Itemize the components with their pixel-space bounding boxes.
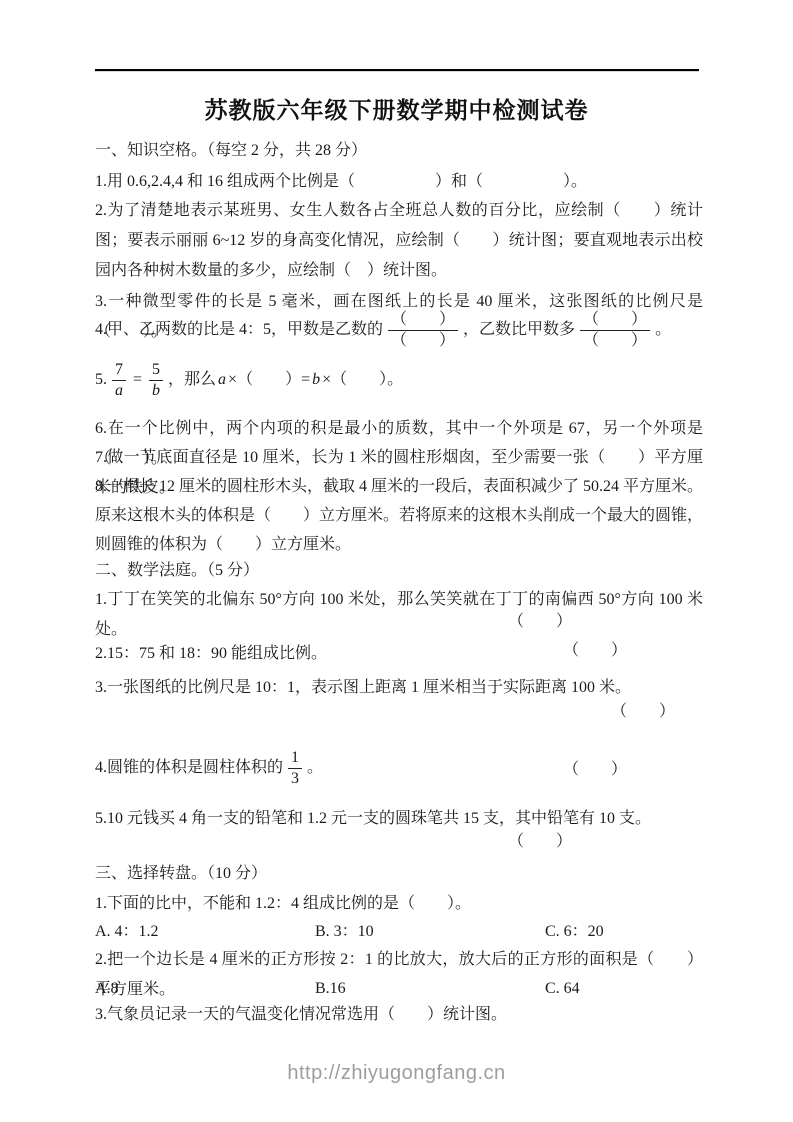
s3-question-3: 3.气象员记录一天的气温变化情况常选用（ ）统计图。 xyxy=(95,1000,703,1030)
s3-q1-option-a: A. 4：1.2 xyxy=(95,917,159,947)
test-paper-page: 苏教版六年级下册数学期中检测试卷 一、知识空格。（每空 2 分，共 28 分） … xyxy=(0,0,793,1122)
s1-q5-frac1-denominator: a xyxy=(112,381,126,401)
s2-q4-fraction: 1 3 xyxy=(288,748,302,789)
s2-q2-answer-blank: （ ） xyxy=(563,639,627,663)
s1-question-8: 8.一根长 12 厘米的圆柱形木头，截取 4 厘米的一段后，表面积减少了 50.… xyxy=(95,472,703,559)
header-rule xyxy=(95,69,699,72)
s3-q1-option-b: B. 3：10 xyxy=(315,917,374,947)
s1-q4-frac2-denominator: （ ） xyxy=(580,331,650,351)
s1-q5-times-blank-1: ×（ ）= xyxy=(228,365,310,395)
s1-q5-frac2-numerator: 5 xyxy=(149,360,163,381)
s1-q5-number: 5. xyxy=(95,365,107,395)
s1-question-1: 1.用 0.6,2.4,4 和 16 组成两个比例是（ ）和（ ）。 xyxy=(95,167,703,197)
s1-q4-frac1-denominator: （ ） xyxy=(388,331,458,351)
s1-question-2: 2.为了清楚地表示某班男、女生人数各占全班总人数的百分比，应绘制（ ）统计图；要… xyxy=(95,196,703,286)
s1-question-4: 4.甲、乙两数的比是 4：5，甲数是乙数的 （ ） （ ） ，乙数比甲数多 （ … xyxy=(95,307,703,353)
s2-q4-frac-denominator: 3 xyxy=(288,769,302,789)
s1-q5-fraction-2: 5 b xyxy=(149,360,163,401)
s2-q4-text-post: 。 xyxy=(307,753,323,783)
s2-q4-answer-blank: （ ） xyxy=(563,758,627,782)
s1-q5-times-blank-2: ×（ ）。 xyxy=(322,365,403,395)
s3-question-1: 1.下面的比中，不能和 1.2：4 组成比例的是（ ）。 xyxy=(95,889,703,919)
s1-q5-variable-a: a xyxy=(218,365,226,395)
s2-question-5: 5.10 元钱买 4 角一支的铅笔和 1.2 元一支的圆珠笔共 15 支，其中铅… xyxy=(95,804,703,834)
s1-q4-frac1-numerator: （ ） xyxy=(388,310,458,331)
s1-q4-text-post: 。 xyxy=(655,315,671,345)
s2-q3-answer-blank: （ ） xyxy=(611,700,675,724)
section2-heading: 二、数学法庭。（5 分） xyxy=(95,556,703,586)
s1-q5-variable-b: b xyxy=(312,365,320,395)
s2-q5-answer-blank: （ ） xyxy=(508,830,572,854)
section1-heading: 一、知识空格。（每空 2 分，共 28 分） xyxy=(95,136,703,166)
s2-q1-answer-blank: （ ） xyxy=(508,610,572,634)
section3-heading: 三、选择转盘。（10 分） xyxy=(95,859,703,889)
s1-q4-text-pre: 4.甲、乙两数的比是 4：5，甲数是乙数的 xyxy=(95,315,383,345)
watermark-url: http://zhiyugongfang.cn xyxy=(0,1062,793,1085)
s1-q5-fraction-1: 7 a xyxy=(112,360,126,401)
page-title: 苏教版六年级下册数学期中检测试卷 xyxy=(0,92,793,125)
s1-q5-frac1-numerator: 7 xyxy=(112,360,126,381)
s1-q5-text-mid: ，那么 xyxy=(168,365,216,395)
s2-question-1: 1.丁丁在笑笑的北偏东 50°方向 100 米处，那么笑笑就在丁丁的南偏西 50… xyxy=(95,585,703,645)
s1-q4-fraction-1: （ ） （ ） xyxy=(388,310,458,351)
s2-q4-text-pre: 4.圆锥的体积是圆柱体积的 xyxy=(95,753,283,783)
s2-question-3: 3.一张图纸的比例尺是 10：1，表示图上距离 1 厘米相当于实际距离 100 … xyxy=(95,673,703,703)
s1-q4-fraction-2: （ ） （ ） xyxy=(580,310,650,351)
s2-q4-frac-numerator: 1 xyxy=(288,748,302,769)
s1-question-5: 5. 7 a = 5 b ，那么 a ×（ ）= b ×（ ）。 xyxy=(95,357,703,403)
s3-q1-option-c: C. 6：20 xyxy=(545,917,604,947)
s3-q1-options-row: A. 4：1.2 B. 3：10 C. 6：20 xyxy=(95,917,703,947)
s1-q5-equals-sign: = xyxy=(133,365,142,395)
s1-q5-frac2-denominator: b xyxy=(149,381,163,401)
s1-q4-frac2-numerator: （ ） xyxy=(580,310,650,331)
s1-q4-text-mid: ，乙数比甲数多 xyxy=(463,315,575,345)
